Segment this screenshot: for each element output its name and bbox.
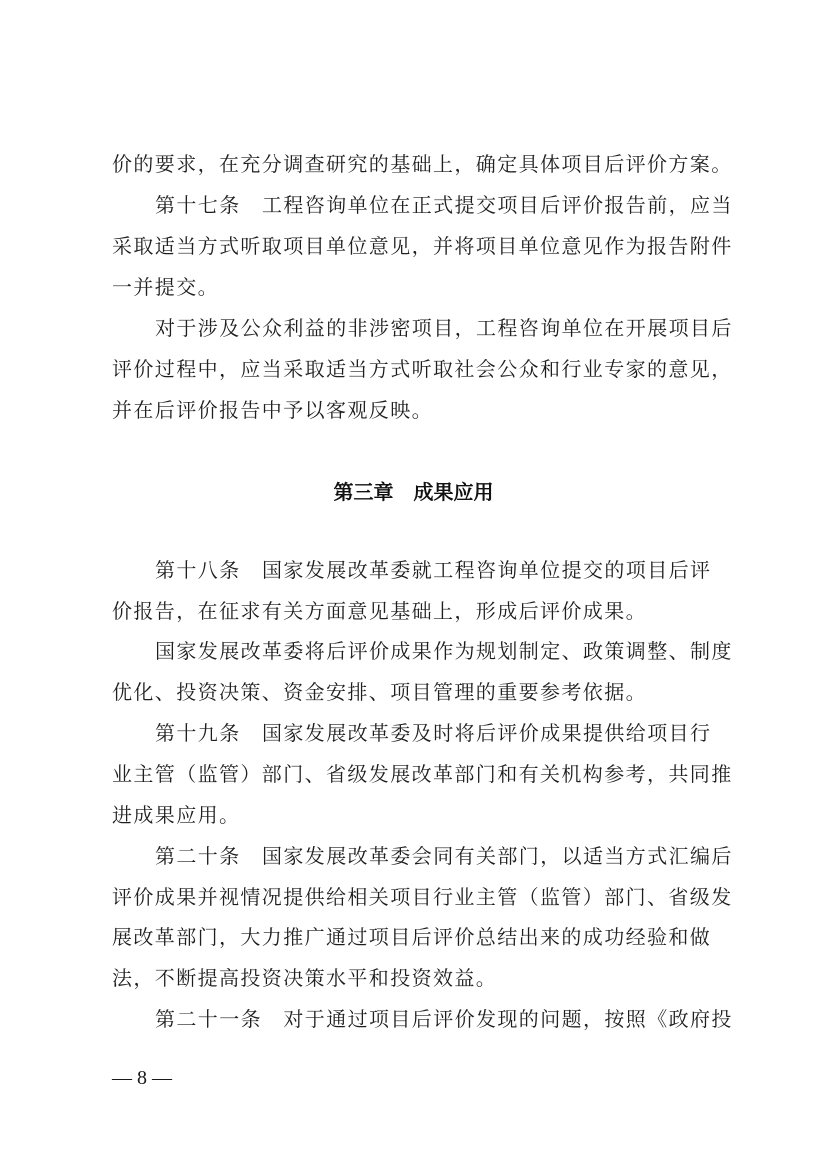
article-18-line: 第十八条 国家发展改革委就工程咨询单位提交的项目后评: [155, 555, 765, 585]
body-text-line: 法，不断提高投资决策水平和投资效益。: [112, 963, 722, 993]
article-17-line: 第十七条 工程咨询单位在正式提交项目后评价报告前，应当: [155, 190, 765, 220]
paragraph-start-line: 对于涉及公众利益的非涉密项目，工程咨询单位在开展项目后: [155, 313, 765, 343]
body-text-line: 优化、投资决策、资金安排、项目管理的重要参考依据。: [112, 677, 722, 707]
body-text-line: 进成果应用。: [112, 800, 722, 830]
chapter-heading: 第三章成果应用: [0, 477, 827, 507]
page-number: — 8 —: [112, 1064, 172, 1092]
body-text-line: 价报告，在征求有关方面意见基础上，形成后评价成果。: [112, 596, 722, 626]
article-21-line: 第二十一条 对于通过项目后评价发现的问题，按照《政府投: [155, 1004, 765, 1034]
body-text-line: 展改革部门，大力推广通过项目后评价总结出来的成功经验和做: [112, 922, 722, 952]
document-page: 价的要求，在充分调查研究的基础上，确定具体项目后评价方案。 第十七条 工程咨询单…: [0, 0, 827, 1169]
chapter-number: 第三章: [334, 480, 394, 504]
body-text-line: 评价成果并视情况提供给相关项目行业主管（监管）部门、省级发: [112, 882, 722, 912]
body-text-line: 一并提交。: [112, 272, 722, 302]
chapter-title: 成果应用: [414, 480, 494, 504]
body-text-line: 价的要求，在充分调查研究的基础上，确定具体项目后评价方案。: [112, 149, 722, 179]
article-20-line: 第二十条 国家发展改革委会同有关部门，以适当方式汇编后: [155, 841, 765, 871]
body-text-line: 业主管（监管）部门、省级发展改革部门和有关机构参考，共同推: [112, 759, 722, 789]
body-text-line: 采取适当方式听取项目单位意见，并将项目单位意见作为报告附件: [112, 231, 722, 261]
article-19-line: 第十九条 国家发展改革委及时将后评价成果提供给项目行: [155, 718, 765, 748]
paragraph-start-line: 国家发展改革委将后评价成果作为规划制定、政策调整、制度: [155, 636, 765, 666]
body-text-line: 评价过程中，应当采取适当方式听取社会公众和行业专家的意见，: [112, 354, 722, 384]
body-text-line: 并在后评价报告中予以客观反映。: [112, 395, 722, 425]
